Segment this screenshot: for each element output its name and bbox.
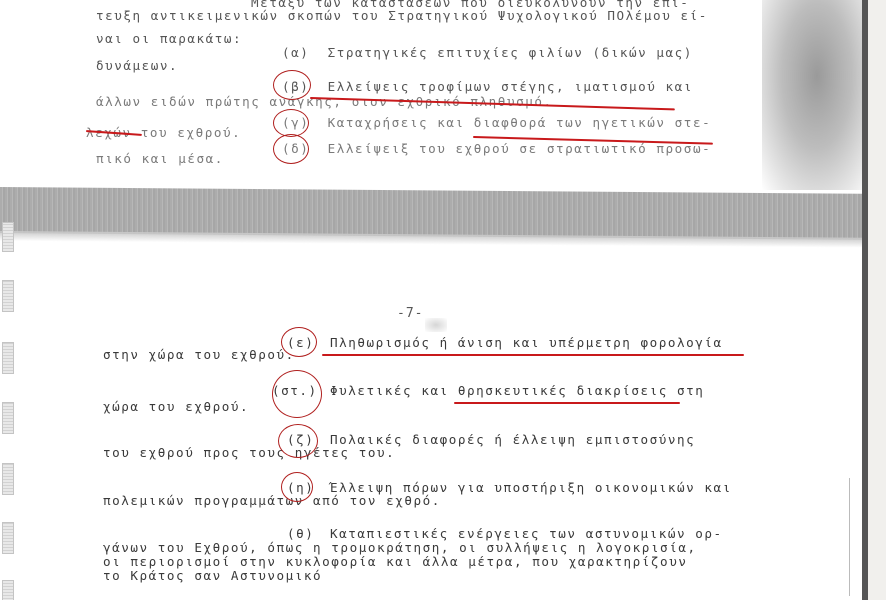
annotation-circle-e <box>281 327 317 357</box>
doc-line: τευξη αντικειμενικών σκοπών του Στρατηγι… <box>96 9 708 23</box>
margin-mark <box>2 402 14 434</box>
doc-line: πολεμικών προγραμμάτων από τον εχθρό. <box>103 494 441 508</box>
list-item-c: (γ) Καταχρήσεις και διαφθορά των ηγετικώ… <box>282 116 711 130</box>
list-item-a: (α) Στρατηγικές επιτυχίες φιλίων (δικών … <box>282 46 693 60</box>
list-item-b: (β) Ελλείψεις τροφίμων στέγης, ιματισμού… <box>282 80 693 94</box>
doc-line: δυνάμεων. <box>96 59 178 73</box>
margin-mark <box>2 222 14 252</box>
list-item-d: (δ) Ελλείψειξ του εχθρού σε στρατιωτικό … <box>282 142 711 156</box>
scan-smudge <box>425 318 447 332</box>
list-item-marker: (θ) <box>287 527 314 541</box>
margin-mark <box>2 342 14 374</box>
vertical-scrollbar[interactable] <box>862 0 886 600</box>
scanned-document-page: Μεταξύ των καταστάσεων που διευκολύνουν … <box>0 0 862 600</box>
page-number: -7- <box>397 306 423 321</box>
doc-line: ναι οι παρακάτω: <box>96 32 242 46</box>
margin-mark <box>2 580 14 600</box>
margin-mark <box>2 463 14 495</box>
scan-shadow-right <box>762 0 862 190</box>
margin-mark <box>2 522 14 554</box>
annotation-circle-st <box>272 370 322 418</box>
doc-line: του εχθρού προς τους ηγέτες του. <box>103 446 395 460</box>
scrollbar-track[interactable] <box>862 0 868 600</box>
doc-line: πικό και μέσα. <box>96 152 224 166</box>
list-item-e: Πληθωρισμός ή άνιση και υπέρμετρη φορολο… <box>330 336 723 350</box>
doc-line: χώρα του εχθρού. <box>103 400 249 414</box>
annotation-circle-h <box>281 472 313 502</box>
margin-mark <box>2 280 14 312</box>
doc-line: οι περιορισμοί στην κυκλοφορία και άλλα … <box>103 555 687 569</box>
annotation-circle-c <box>273 109 309 137</box>
doc-line: το Κράτος σαν Αστυνομικό <box>103 569 322 583</box>
annotation-circle-z <box>278 424 318 458</box>
annotation-underline <box>322 354 744 356</box>
doc-line: στην χώρα του εχθρού. <box>103 348 295 362</box>
annotation-circle-d <box>273 134 309 164</box>
list-item-st: Φυλετικές και θρησκευτικές διακρίσεις στ… <box>330 384 704 398</box>
list-item-th: Καταπιεστικές ενέργειες των αστυνομικών … <box>330 527 723 541</box>
doc-line: γάνων του Εχθρού, όπως η τρομοκράτηση, ο… <box>103 541 697 555</box>
annotation-circle-b <box>273 70 311 100</box>
annotation-underline <box>454 402 680 404</box>
scan-edge-line <box>849 478 850 596</box>
scan-page-gap <box>0 187 862 240</box>
